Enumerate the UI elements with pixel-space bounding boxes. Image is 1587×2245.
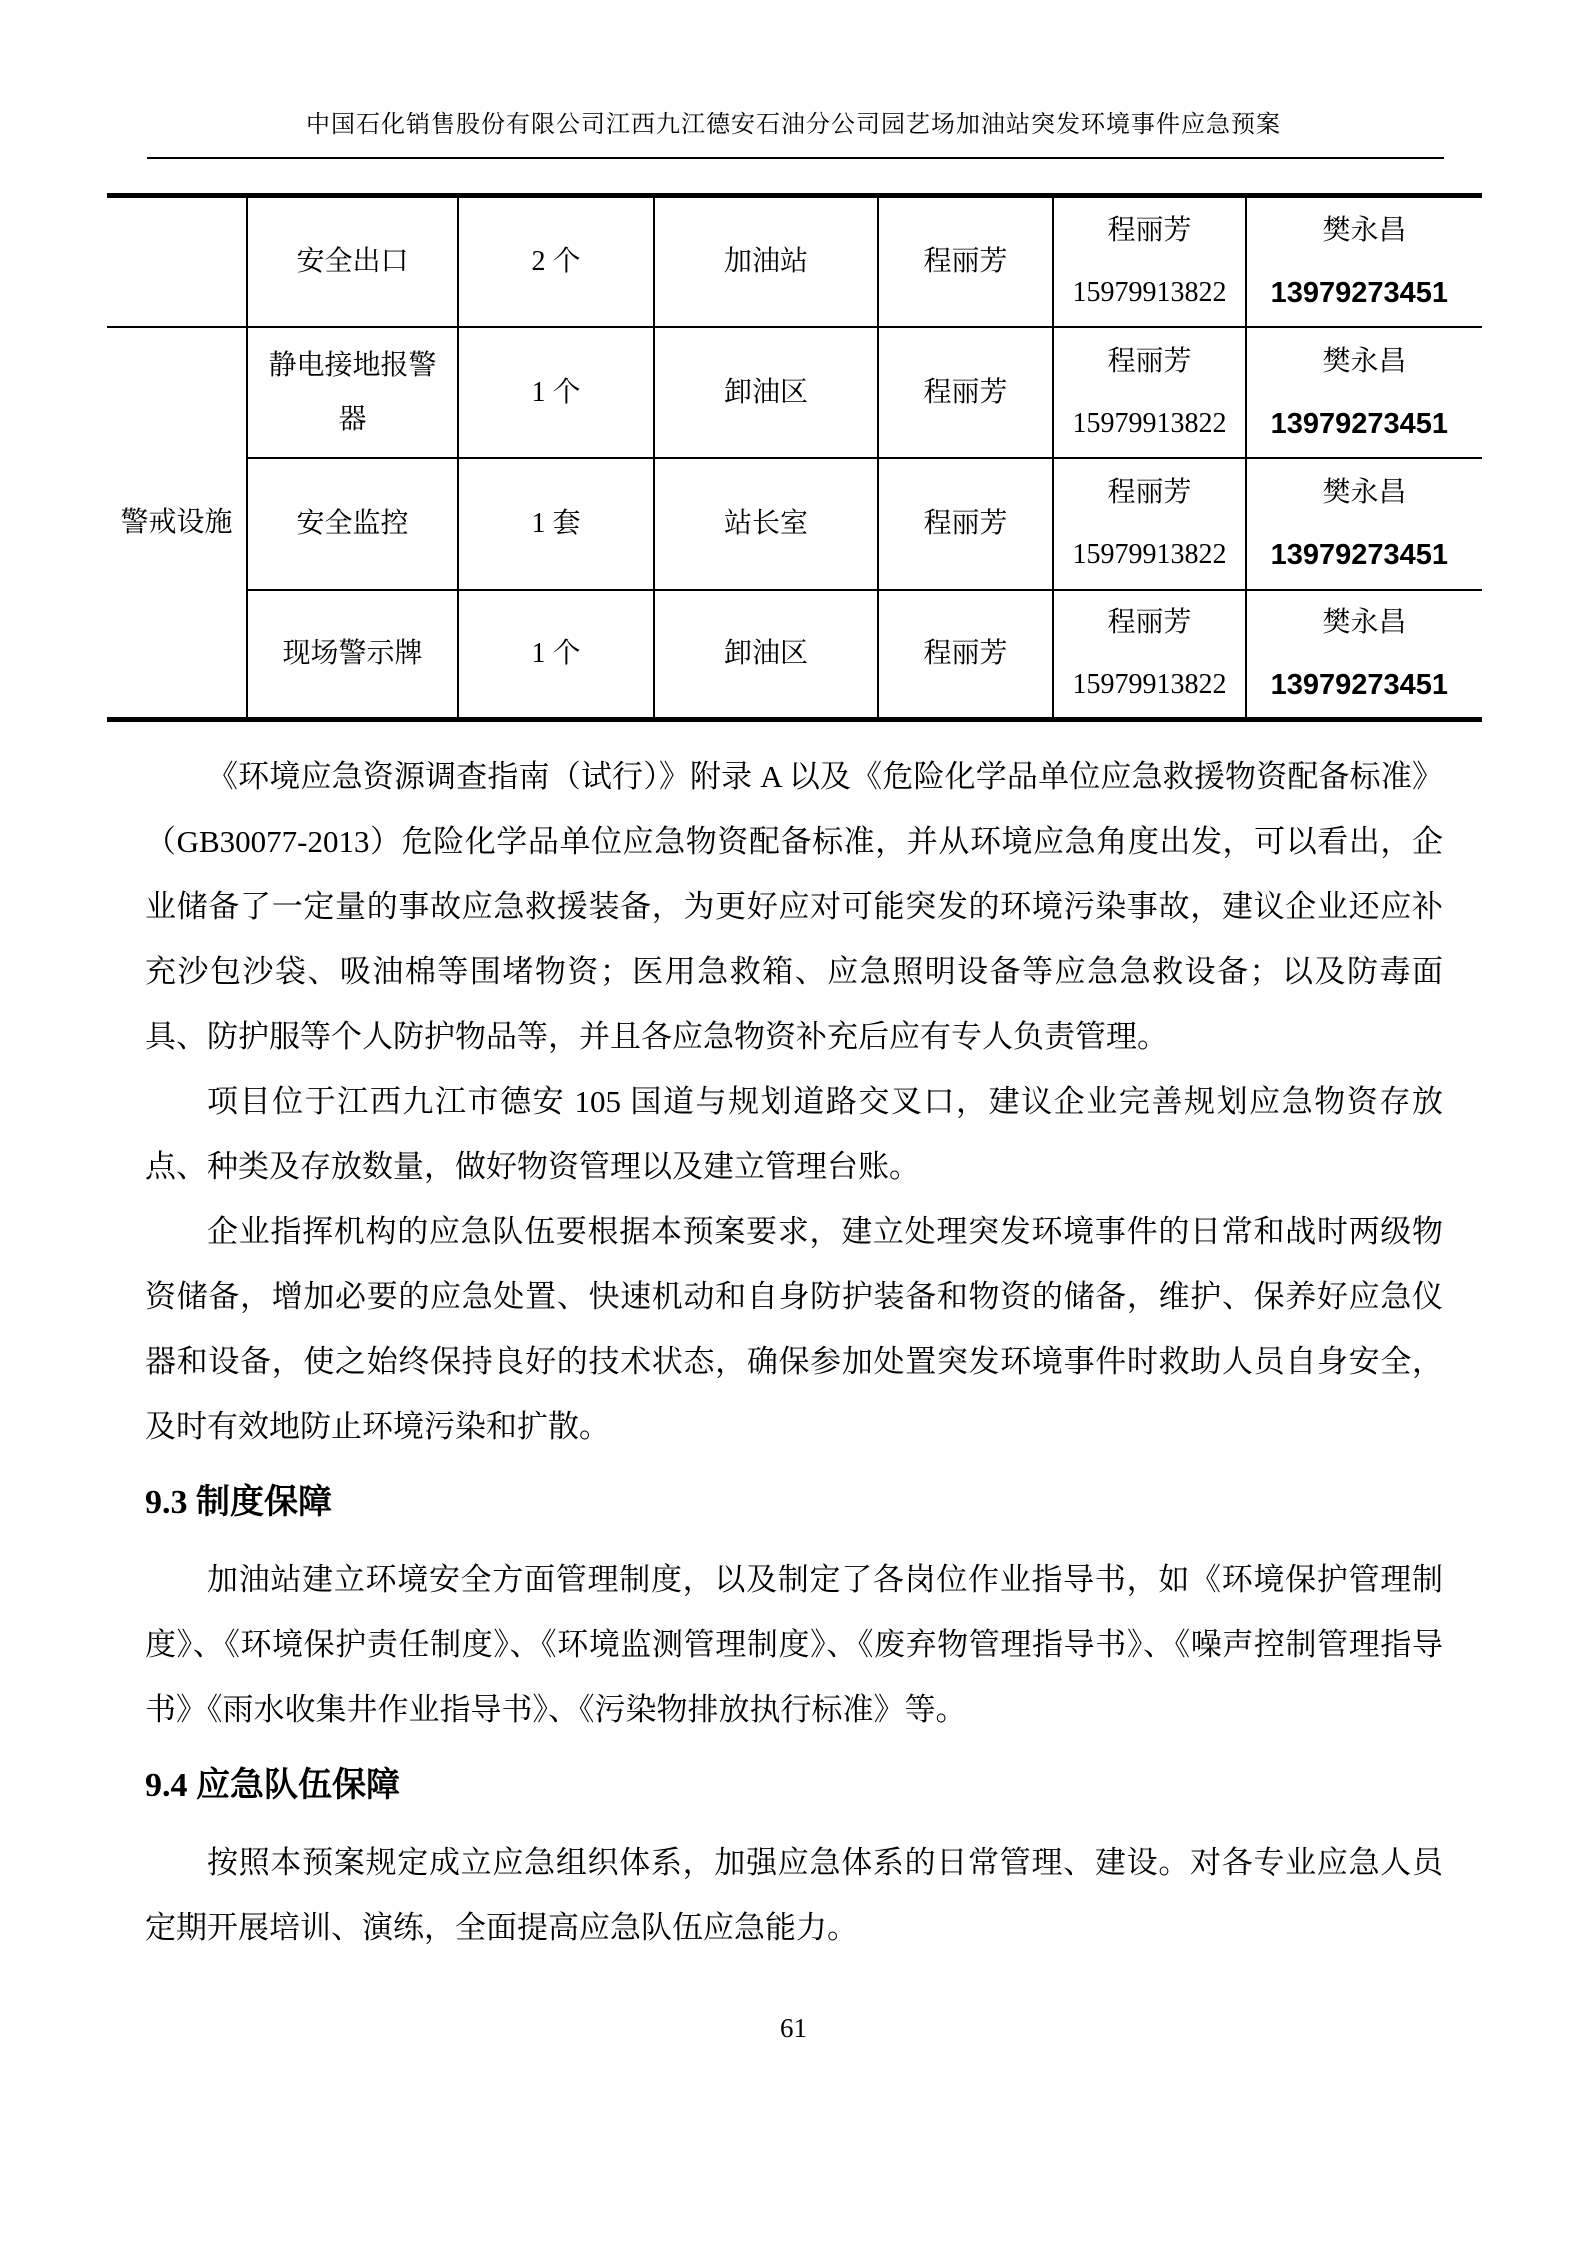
supervisor-cell: 樊永昌 13979273451 [1246,196,1482,328]
merged-category-cell: 警戒设施 [107,327,247,720]
supervisor-phone: 13979273451 [1257,393,1472,455]
responsible-cell: 程丽芳 [878,458,1053,590]
page-number: 61 [0,2008,1587,2048]
supervisor-name: 樊永昌 [1257,331,1472,393]
document-body: 《环境应急资源调查指南（试行）》附录 A 以及《危险化学品单位应急救援物资配备标… [145,744,1443,1960]
supervisor-phone: 13979273451 [1257,524,1472,586]
quantity-cell: 1 套 [458,458,654,590]
quantity-cell: 2 个 [458,196,654,328]
responsible-cell: 程丽芳 [878,327,1053,458]
supervisor-name: 樊永昌 [1257,462,1472,524]
table-row: 安全出口 2 个 加油站 程丽芳 程丽芳 15979913822 樊永昌 139… [107,196,1482,328]
responsible-cell: 程丽芳 [878,590,1053,720]
paragraph-resources-standard: 《环境应急资源调查指南（试行）》附录 A 以及《危险化学品单位应急救援物资配备标… [145,744,1443,1069]
document-page: 中国石化销售股份有限公司江西九江德安石油分公司园艺场加油站突发环境事件应急预案 … [0,0,1587,2245]
heading-9-3: 9.3 制度保障 [145,1459,1443,1547]
contact-name: 程丽芳 [1064,462,1235,524]
location-cell: 站长室 [654,458,878,590]
item-cell: 安全监控 [247,458,458,590]
location-cell: 加油站 [654,196,878,328]
category-cell [107,196,247,328]
location-cell: 卸油区 [654,327,878,458]
paragraph-project-location: 项目位于江西九江市德安 105 国道与规划道路交叉口，建议企业完善规划应急物资存… [145,1069,1443,1199]
contact-cell: 程丽芳 15979913822 [1053,590,1246,720]
contact-cell: 程丽芳 15979913822 [1053,196,1246,328]
item-cell: 安全出口 [247,196,458,328]
supervisor-name: 樊永昌 [1257,592,1472,654]
contact-name: 程丽芳 [1064,200,1235,262]
page-header-title: 中国石化销售股份有限公司江西九江德安石油分公司园艺场加油站突发环境事件应急预案 [0,104,1587,139]
supervisor-phone: 13979273451 [1257,654,1472,716]
item-cell: 静电接地报警器 [247,327,458,458]
contact-phone: 15979913822 [1064,393,1235,455]
quantity-cell: 1 个 [458,327,654,458]
location-cell: 卸油区 [654,590,878,720]
responsible-cell: 程丽芳 [878,196,1053,328]
contact-name: 程丽芳 [1064,331,1235,393]
table-row: 现场警示牌 1 个 卸油区 程丽芳 程丽芳 15979913822 樊永昌 13… [107,590,1482,720]
supervisor-cell: 樊永昌 13979273451 [1246,590,1482,720]
contact-phone: 15979913822 [1064,654,1235,716]
table-row: 安全监控 1 套 站长室 程丽芳 程丽芳 15979913822 樊永昌 139… [107,458,1482,590]
paragraph-team-guarantee: 按照本预案规定成立应急组织体系，加强应急体系的日常管理、建设。对各专业应急人员定… [145,1830,1443,1960]
heading-9-4: 9.4 应急队伍保障 [145,1742,1443,1830]
item-cell: 现场警示牌 [247,590,458,720]
supervisor-phone: 13979273451 [1257,262,1472,324]
paragraph-command-team: 企业指挥机构的应急队伍要根据本预案要求，建立处理突发环境事件的日常和战时两级物资… [145,1199,1443,1459]
contact-phone: 15979913822 [1064,262,1235,324]
contact-cell: 程丽芳 15979913822 [1053,458,1246,590]
supervisor-cell: 樊永昌 13979273451 [1246,327,1482,458]
emergency-resources-table: 安全出口 2 个 加油站 程丽芳 程丽芳 15979913822 樊永昌 139… [107,193,1482,722]
contact-phone: 15979913822 [1064,524,1235,586]
paragraph-system-guarantee: 加油站建立环境安全方面管理制度，以及制定了各岗位作业指导书，如《环境保护管理制度… [145,1547,1443,1742]
contact-name: 程丽芳 [1064,592,1235,654]
header-rule [147,157,1444,159]
supervisor-name: 樊永昌 [1257,200,1472,262]
supervisor-cell: 樊永昌 13979273451 [1246,458,1482,590]
quantity-cell: 1 个 [458,590,654,720]
table-row: 警戒设施 静电接地报警器 1 个 卸油区 程丽芳 程丽芳 15979913822… [107,327,1482,458]
contact-cell: 程丽芳 15979913822 [1053,327,1246,458]
